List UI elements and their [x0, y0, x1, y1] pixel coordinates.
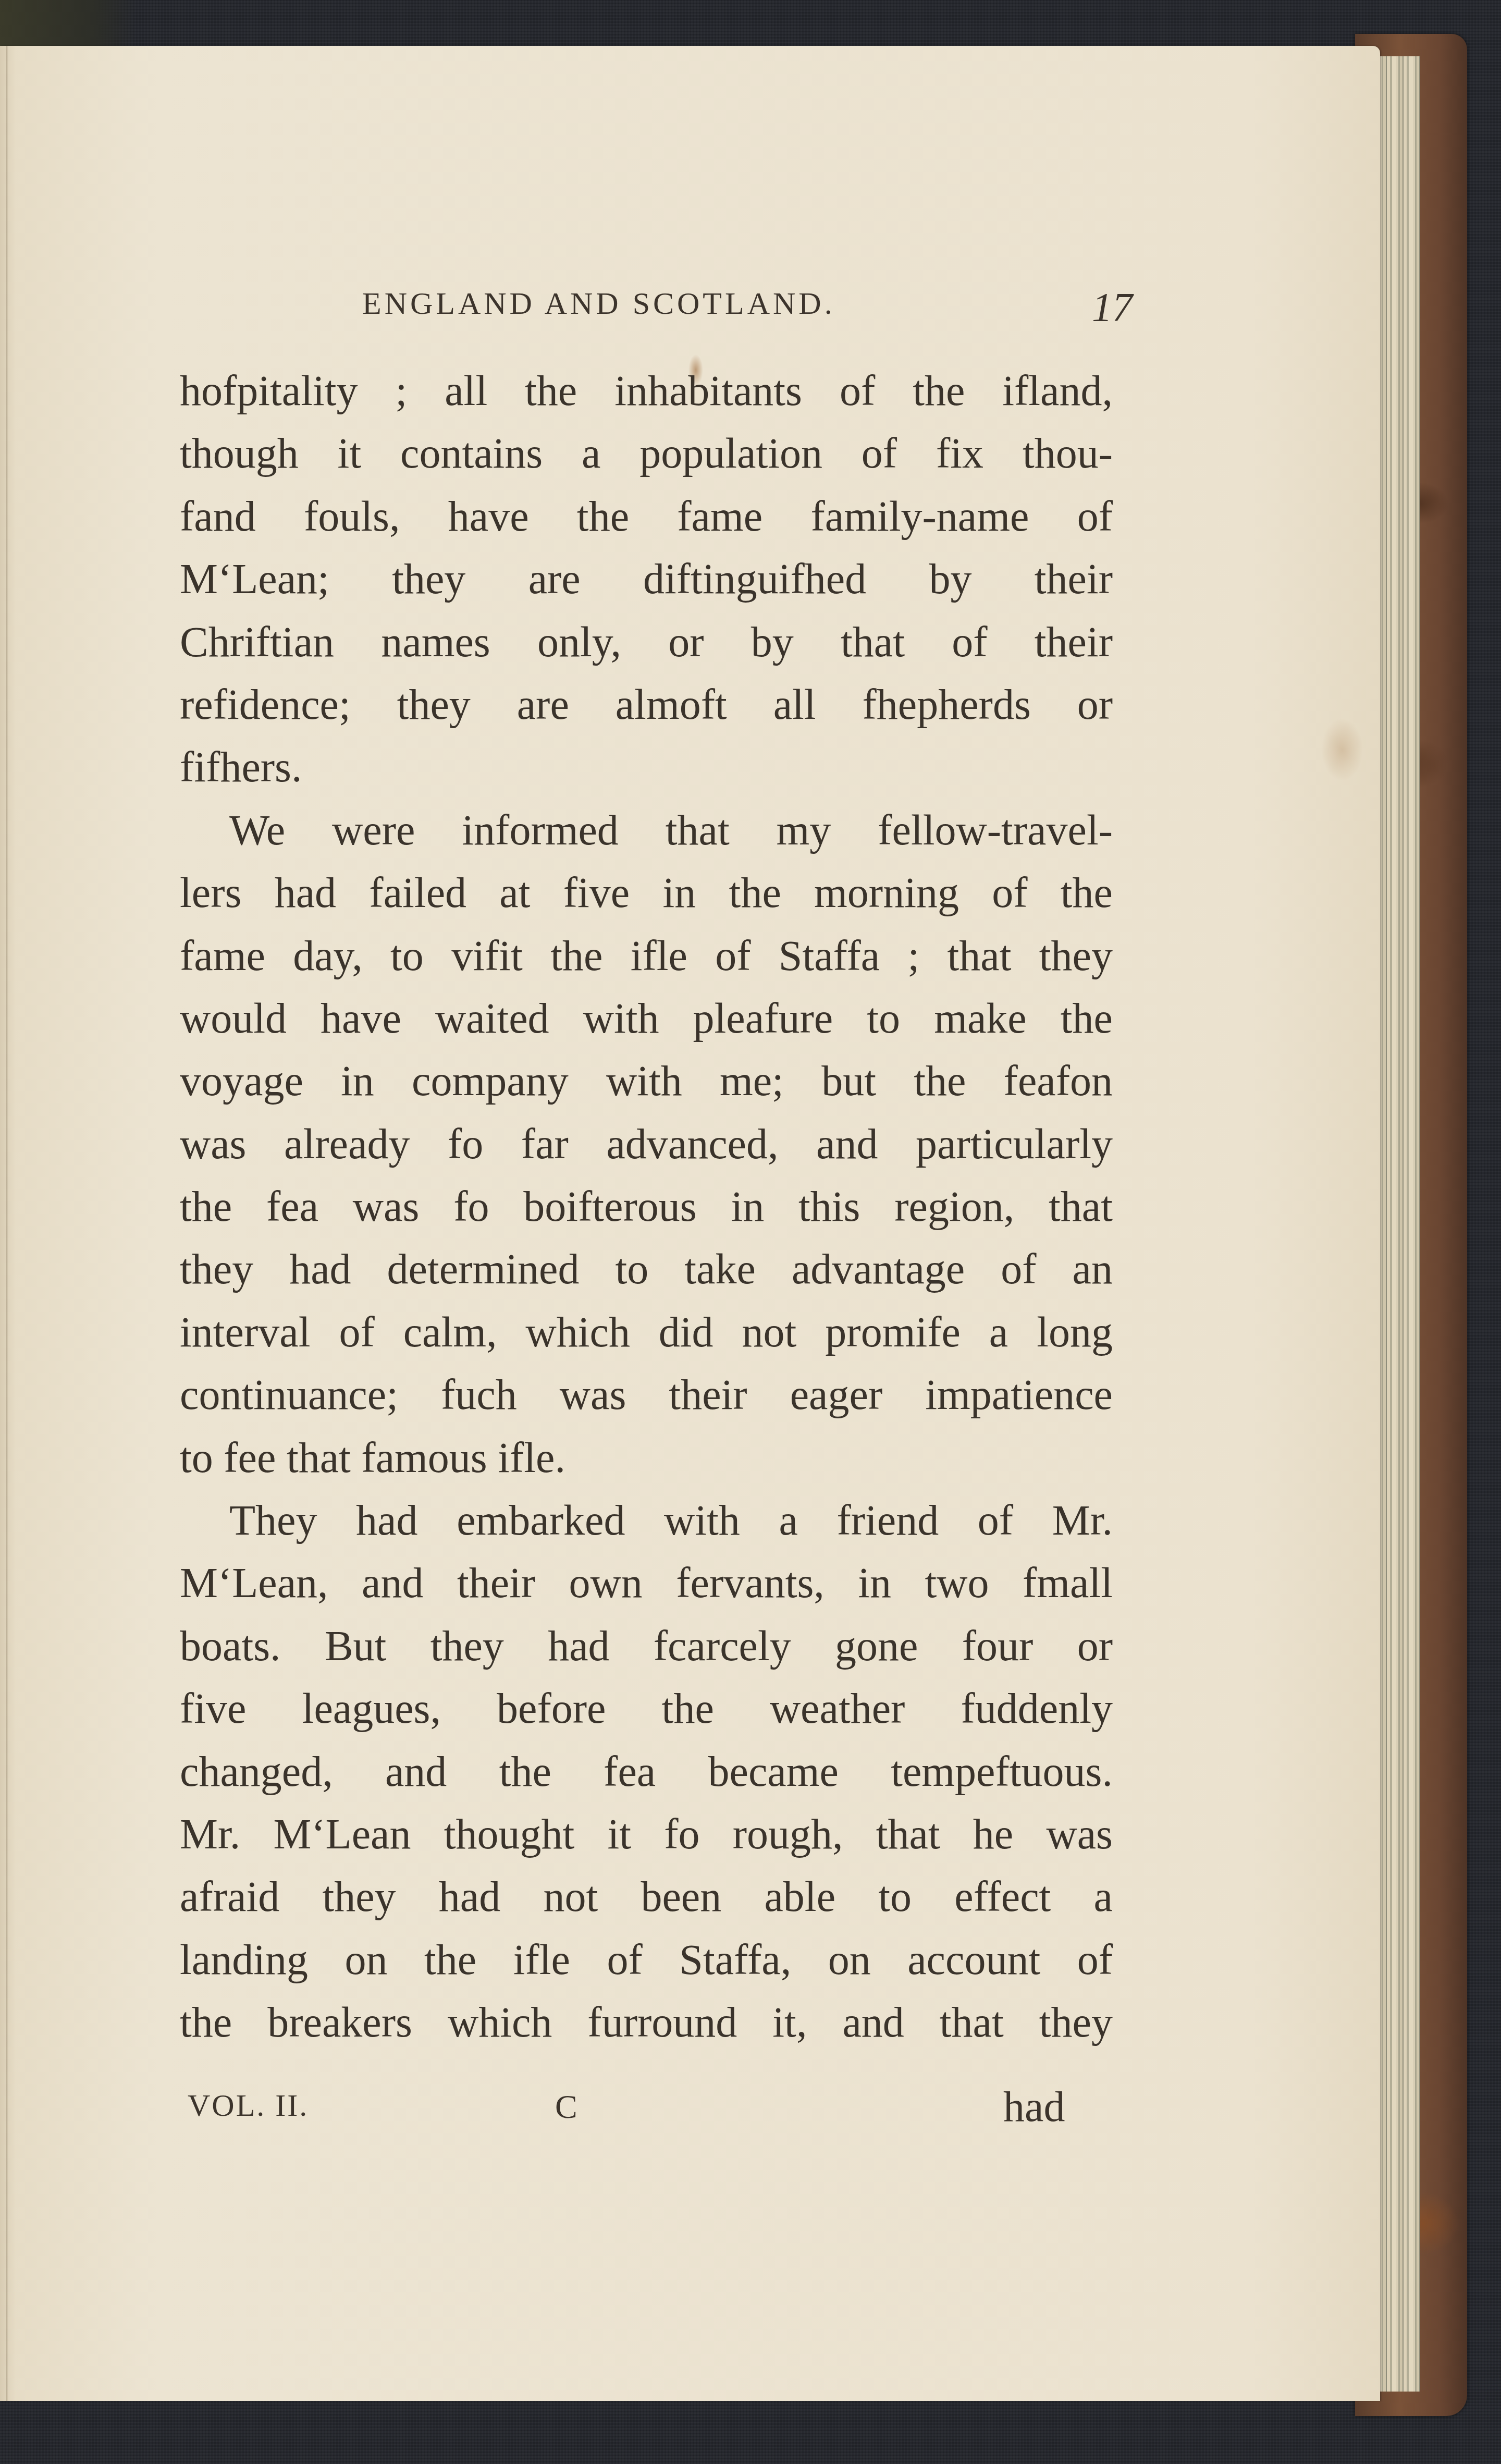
page-number: 17 — [1092, 284, 1133, 330]
text-line: refidence; they are almoft all fhepherds… — [180, 673, 1113, 736]
text-line: We were informed that my fellow-travel- — [180, 799, 1113, 862]
catchword: had — [1003, 2082, 1065, 2131]
body-text: hofpitality ; all the inhabitants of the… — [180, 360, 1113, 2054]
text-line: to fee that famous ifle. — [180, 1427, 1113, 1489]
text-line: lers had failed at five in the morning o… — [180, 862, 1113, 924]
page-footer: VOL. II. C had — [188, 2082, 1121, 2145]
text-line: landing on the ifle of Staffa, on accoun… — [180, 1929, 1113, 1991]
running-head: ENGLAND AND SCOTLAND. 17 — [362, 286, 1134, 343]
text-line: they had determined to take advantage of… — [180, 1238, 1113, 1301]
text-line: would have waited with pleafure to make … — [180, 987, 1113, 1050]
text-line: M‘Lean, and their own fervants, in two f… — [180, 1552, 1113, 1614]
running-title: ENGLAND AND SCOTLAND. — [362, 286, 835, 322]
text-line: M‘Lean; they are diftinguifhed by their — [180, 548, 1113, 610]
text-line: hofpitality ; all the inhabitants of the… — [180, 360, 1113, 422]
gutter-shadow — [6, 46, 8, 2401]
text-line: the fea was fo boifterous in this region… — [180, 1175, 1113, 1238]
text-line: changed, and the fea became tempeftuous. — [180, 1740, 1113, 1803]
text-line: Mr. M‘Lean thought it fo rough, that he … — [180, 1803, 1113, 1866]
text-line: Chriftian names only, or by that of thei… — [180, 611, 1113, 673]
text-line: fifhers. — [180, 736, 1113, 799]
page-block-edges — [1379, 56, 1420, 2392]
text-line: was already fo far advanced, and particu… — [180, 1113, 1113, 1175]
text-line: interval of calm, which did not promife … — [180, 1301, 1113, 1364]
text-line: boats. But they had fcarcely gone four o… — [180, 1615, 1113, 1677]
facing-page-shadow — [0, 0, 136, 47]
text-line: the breakers which furround it, and that… — [180, 1991, 1113, 2054]
volume-signature: VOL. II. — [188, 2088, 309, 2124]
signature-mark: C — [555, 2088, 577, 2126]
text-line: continuance; fuch was their eager impati… — [180, 1364, 1113, 1426]
text-line: fame day, to vifit the ifle of Staffa ; … — [180, 925, 1113, 987]
text-line: five leagues, before the weather fuddenl… — [180, 1677, 1113, 1740]
text-line: They had embarked with a friend of Mr. — [180, 1489, 1113, 1552]
text-line: afraid they had not been able to effect … — [180, 1866, 1113, 1928]
text-line: voyage in company with me; but the feafo… — [180, 1050, 1113, 1112]
text-line: fand fouls, have the fame family-name of — [180, 485, 1113, 548]
text-line: though it contains a population of fix t… — [180, 422, 1113, 485]
